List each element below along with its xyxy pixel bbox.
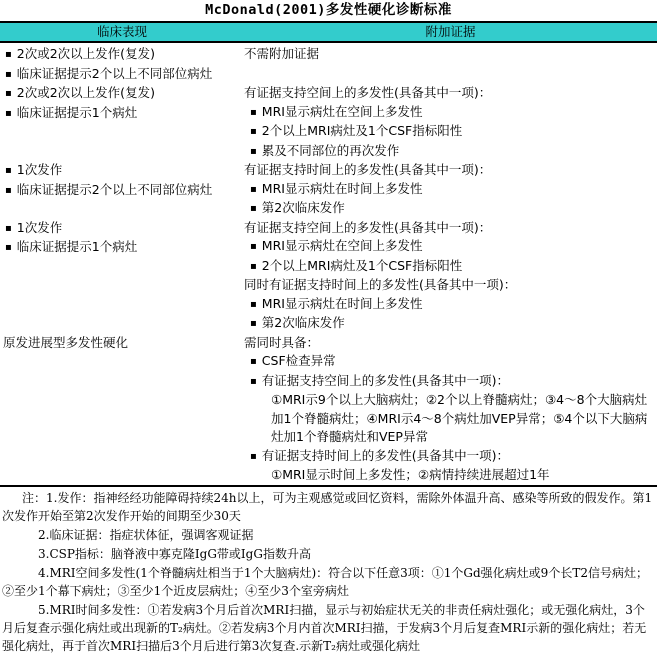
evidence-item-text: CSF检查异常: [262, 353, 336, 368]
clinical-item: ▪临床证据提示2个以上不同部位病灶: [3, 65, 244, 85]
bullet-icon: ▪: [5, 85, 12, 104]
evidence-item-text: ①MRI显示时间上多发性；②病情持续进展超过1年: [271, 467, 550, 482]
page-title: McDonald(2001)多发性硬化诊断标准: [0, 0, 657, 21]
note-paragraph: 5.MRI时间多发性：①若发病3个月后首次MRI扫描，显示与初始症状无关的非责任…: [2, 601, 655, 655]
evidence-item-text: 第2次临床发作: [262, 200, 345, 215]
clinical-item-text: 1次发作: [17, 162, 62, 177]
clinical-item-text: 2次或2次以上发作(复发): [17, 85, 155, 100]
bullet-icon: ▪: [250, 315, 257, 334]
table-header-row: 临床表现 附加证据: [0, 23, 657, 43]
evidence-item: ▪有证据支持时间上的多发性(具备其中一项)：: [244, 447, 655, 467]
bullet-icon: ▪: [250, 448, 257, 467]
evidence-item: ▪2个以上MRI病灶及1个CSF指标阳性: [244, 257, 655, 277]
table-row: ▪2次或2次以上发作(复发)▪临床证据提示2个以上不同部位病灶不需附加证据: [0, 45, 657, 84]
column-header-clinical: 临床表现: [0, 23, 244, 41]
clinical-item-text: 1次发作: [17, 220, 62, 235]
evidence-item: 有证据支持空间上的多发性(具备其中一项)：: [244, 219, 655, 238]
evidence-item: 有证据支持空间上的多发性(具备其中一项)：: [244, 84, 655, 103]
evidence-cell: 有证据支持时间上的多发性(具备其中一项)：▪MRI显示病灶在时间上多发性▪第2次…: [244, 161, 657, 219]
evidence-item-text: 有证据支持空间上的多发性(具备其中一项)：: [244, 85, 491, 100]
clinical-item: ▪2次或2次以上发作(复发): [3, 84, 244, 104]
table-body: ▪2次或2次以上发作(复发)▪临床证据提示2个以上不同部位病灶不需附加证据▪2次…: [0, 43, 657, 485]
clinical-cell: ▪2次或2次以上发作(复发)▪临床证据提示2个以上不同部位病灶: [0, 45, 244, 84]
clinical-item: ▪临床证据提示1个病灶: [3, 104, 244, 124]
clinical-item: ▪临床证据提示1个病灶: [3, 238, 244, 258]
evidence-item-text: 同时有证据支持时间上的多发性(具备其中一项)：: [244, 277, 516, 292]
clinical-cell: ▪1次发作▪临床证据提示1个病灶: [0, 219, 244, 258]
clinical-item-text: 原发进展型多发性硬化: [3, 335, 128, 350]
evidence-item: 需同时具备：: [244, 334, 655, 353]
evidence-item: ▪有证据支持空间上的多发性(具备其中一项)：: [244, 372, 655, 392]
bullet-icon: ▪: [250, 258, 257, 277]
bullet-icon: ▪: [5, 220, 12, 239]
bullet-icon: ▪: [5, 105, 12, 124]
evidence-item-text: 有证据支持时间上的多发性(具备其中一项)：: [262, 448, 509, 463]
bullet-icon: ▪: [250, 181, 257, 200]
evidence-item-text: 有证据支持时间上的多发性(具备其中一项)：: [244, 162, 491, 177]
clinical-item: ▪临床证据提示2个以上不同部位病灶: [3, 181, 244, 201]
note-paragraph: 2.临床证据：指症状体征，强调客观证据: [2, 526, 655, 544]
evidence-item: 不需附加证据: [244, 45, 655, 64]
evidence-cell: 不需附加证据: [244, 45, 657, 64]
bullet-icon: ▪: [5, 239, 12, 258]
evidence-item: ▪CSF检查异常: [244, 352, 655, 372]
evidence-item-text: 有证据支持空间上的多发性(具备其中一项)：: [244, 220, 491, 235]
evidence-item-text: MRI显示病灶在空间上多发性: [262, 104, 423, 119]
bullet-icon: ▪: [250, 238, 257, 257]
note-paragraph: 3.CSP指标：脑脊液中寡克隆IgG带或IgG指数升高: [2, 545, 655, 563]
evidence-item-text: 累及不同部位的再次发作: [262, 143, 400, 158]
evidence-item: ▪第2次临床发作: [244, 199, 655, 219]
table-row: 原发进展型多发性硬化需同时具备：▪CSF检查异常▪有证据支持空间上的多发性(具备…: [0, 334, 657, 485]
evidence-item: ▪MRI显示病灶在时间上多发性: [244, 180, 655, 200]
clinical-item: ▪1次发作: [3, 219, 244, 239]
evidence-item: ▪累及不同部位的再次发作: [244, 142, 655, 162]
evidence-item: ▪MRI显示病灶在空间上多发性: [244, 237, 655, 257]
column-header-evidence: 附加证据: [244, 23, 657, 41]
table-row: ▪1次发作▪临床证据提示1个病灶有证据支持空间上的多发性(具备其中一项)：▪MR…: [0, 219, 657, 334]
evidence-item: ▪第2次临床发作: [244, 314, 655, 334]
evidence-item-text: MRI显示病灶在空间上多发性: [262, 238, 423, 253]
clinical-item-text: 临床证据提示2个以上不同部位病灶: [17, 66, 212, 81]
clinical-item-text: 临床证据提示1个病灶: [17, 239, 137, 254]
bullet-icon: ▪: [250, 296, 257, 315]
bullet-icon: ▪: [250, 143, 257, 162]
clinical-cell: 原发进展型多发性硬化: [0, 334, 244, 353]
note-text: 5.MRI时间多发性：①若发病3个月后首次MRI扫描，显示与初始症状无关的非责任…: [2, 603, 646, 653]
notes-section: 注：1.发作：指神经经功能障碍持续24h以上，可为主观感觉或回忆资料，需除外体温…: [0, 485, 657, 655]
table-row: ▪2次或2次以上发作(复发)▪临床证据提示1个病灶有证据支持空间上的多发性(具备…: [0, 84, 657, 161]
evidence-item-text: MRI显示病灶在时间上多发性: [262, 296, 423, 311]
clinical-item-text: 临床证据提示1个病灶: [17, 105, 137, 120]
clinical-item: 原发进展型多发性硬化: [3, 334, 244, 353]
bullet-icon: ▪: [250, 104, 257, 123]
clinical-item-text: 临床证据提示2个以上不同部位病灶: [17, 182, 212, 197]
bullet-icon: ▪: [5, 46, 12, 65]
evidence-item: ①MRI示9个以上大脑病灶；②2个以上脊髓病灶；③4～8个大脑病灶加1个脊髓病灶…: [244, 391, 655, 447]
bullet-icon: ▪: [250, 373, 257, 392]
clinical-item: ▪2次或2次以上发作(复发): [3, 45, 244, 65]
evidence-item: 有证据支持时间上的多发性(具备其中一项)：: [244, 161, 655, 180]
note-text: 4.MRI空间多发性(1个脊髓病灶相当于1个大脑病灶)：符合以下任意3项：①1个…: [2, 566, 648, 598]
note-text: 1.发作：指神经经功能障碍持续24h以上，可为主观感觉或回忆资料，需除外体温升高…: [2, 491, 652, 523]
evidence-item-text: 不需附加证据: [244, 46, 319, 61]
mcdonald-criteria-document: McDonald(2001)多发性硬化诊断标准 临床表现 附加证据 ▪2次或2次…: [0, 0, 657, 659]
evidence-item-text: MRI显示病灶在时间上多发性: [262, 181, 423, 196]
evidence-cell: 需同时具备：▪CSF检查异常▪有证据支持空间上的多发性(具备其中一项)：①MRI…: [244, 334, 657, 485]
bullet-icon: ▪: [5, 182, 12, 201]
bullet-icon: ▪: [5, 66, 12, 85]
note-text: 2.临床证据：指症状体征，强调客观证据: [38, 528, 253, 542]
evidence-item-text: 2个以上MRI病灶及1个CSF指标阳性: [262, 123, 462, 138]
bullet-icon: ▪: [250, 353, 257, 372]
evidence-cell: 有证据支持空间上的多发性(具备其中一项)：▪MRI显示病灶在空间上多发性▪2个以…: [244, 219, 657, 334]
clinical-item-text: 2次或2次以上发作(复发): [17, 46, 155, 61]
evidence-item-text: 第2次临床发作: [262, 315, 345, 330]
evidence-item-text: 有证据支持空间上的多发性(具备其中一项)：: [262, 373, 509, 388]
evidence-item: ▪2个以上MRI病灶及1个CSF指标阳性: [244, 122, 655, 142]
clinical-item: ▪1次发作: [3, 161, 244, 181]
evidence-item: ▪MRI显示病灶在空间上多发性: [244, 103, 655, 123]
notes-label: 注：: [22, 491, 46, 505]
evidence-item-text: ①MRI示9个以上大脑病灶；②2个以上脊髓病灶；③4～8个大脑病灶加1个脊髓病灶…: [271, 392, 647, 444]
bullet-icon: ▪: [250, 123, 257, 142]
clinical-cell: ▪1次发作▪临床证据提示2个以上不同部位病灶: [0, 161, 244, 200]
evidence-item-text: 2个以上MRI病灶及1个CSF指标阳性: [262, 258, 462, 273]
evidence-item-text: 需同时具备：: [244, 335, 319, 350]
bullet-icon: ▪: [5, 162, 12, 181]
bullet-icon: ▪: [250, 200, 257, 219]
note-paragraph: 4.MRI空间多发性(1个脊髓病灶相当于1个大脑病灶)：符合以下任意3项：①1个…: [2, 564, 655, 600]
note-paragraph: 注：1.发作：指神经经功能障碍持续24h以上，可为主观感觉或回忆资料，需除外体温…: [2, 489, 655, 525]
note-text: 3.CSP指标：脑脊液中寡克隆IgG带或IgG指数升高: [38, 547, 311, 561]
evidence-item: ▪MRI显示病灶在时间上多发性: [244, 295, 655, 315]
evidence-item: ①MRI显示时间上多发性；②病情持续进展超过1年: [244, 466, 655, 485]
clinical-cell: ▪2次或2次以上发作(复发)▪临床证据提示1个病灶: [0, 84, 244, 123]
evidence-cell: 有证据支持空间上的多发性(具备其中一项)：▪MRI显示病灶在空间上多发性▪2个以…: [244, 84, 657, 161]
table-row: ▪1次发作▪临床证据提示2个以上不同部位病灶有证据支持时间上的多发性(具备其中一…: [0, 161, 657, 219]
evidence-item: 同时有证据支持时间上的多发性(具备其中一项)：: [244, 276, 655, 295]
